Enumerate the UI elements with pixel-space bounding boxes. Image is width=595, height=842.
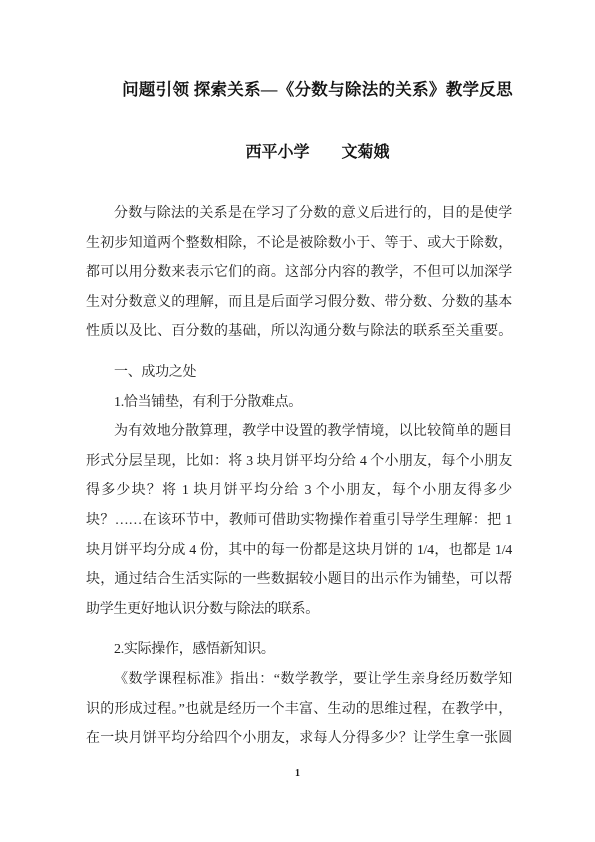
body-line: 性质以及比、百分数的基础，所以沟通分数与除法的联系至关重要。	[86, 317, 512, 347]
body-line: 分数与除法的关系是在学习了分数的意义后进行的，目的是使学	[86, 199, 512, 229]
body-line: 生对分数意义的理解，而且是后面学习假分数、带分数、分数的基本	[86, 288, 512, 318]
page-number: 1	[0, 768, 595, 779]
body-line: 块月饼平均分成 4 份，其中的每一份都是这块月饼的 1/4，也都是 1/4	[86, 536, 512, 566]
body-line: 助学生更好地认识分数与除法的联系。	[86, 595, 512, 625]
body-line: 生初步知道两个整数相除，不论是被除数小于、等于、或大于除数，	[86, 229, 512, 259]
document-byline: 西平小学 文菊娥	[20, 139, 595, 162]
document-title: 问题引领 探索关系—《分数与除法的关系》教学反思	[20, 76, 595, 100]
body-line: 块？……在该环节中，教师可借助实物操作着重引导学生理解：把 1	[86, 506, 512, 536]
body-line: 形式分层呈现，比如：将 3 块月饼平均分给 4 个小朋友，每个小朋友	[86, 447, 512, 477]
section-heading: 一、成功之处	[86, 358, 512, 388]
body-line: 块，通过结合生活实际的一些数据较小题目的出示作为铺垫，可以帮	[86, 565, 512, 595]
body-line: 得多少块？将 1 块月饼平均分给 3 个小朋友，每个小朋友得多少	[86, 476, 512, 506]
subsection-heading: 2.实际操作，感悟新知识。	[86, 635, 512, 665]
body-line: 识的形成过程。”也就是经历一个丰富、生动的思维过程，在教学中，	[86, 695, 512, 725]
body-line: 为有效地分散算理，教学中设置的教学情境，以比较简单的题目	[86, 417, 512, 447]
subsection-heading: 1.恰当铺垫，有利于分散难点。	[86, 388, 512, 418]
document-page: 问题引领 探索关系—《分数与除法的关系》教学反思 西平小学 文菊娥 分数与除法的…	[0, 0, 595, 842]
document-body: 分数与除法的关系是在学习了分数的意义后进行的，目的是使学 生初步知道两个整数相除…	[86, 199, 512, 754]
body-line: 《数学课程标准》指出：“数学教学，要让学生亲身经历数学知	[86, 665, 512, 695]
body-line: 在一块月饼平均分给四个小朋友，求每人分得多少？让学生拿一张圆	[86, 724, 512, 754]
body-line: 都可以用分数来表示它们的商。这部分内容的教学，不但可以加深学	[86, 258, 512, 288]
